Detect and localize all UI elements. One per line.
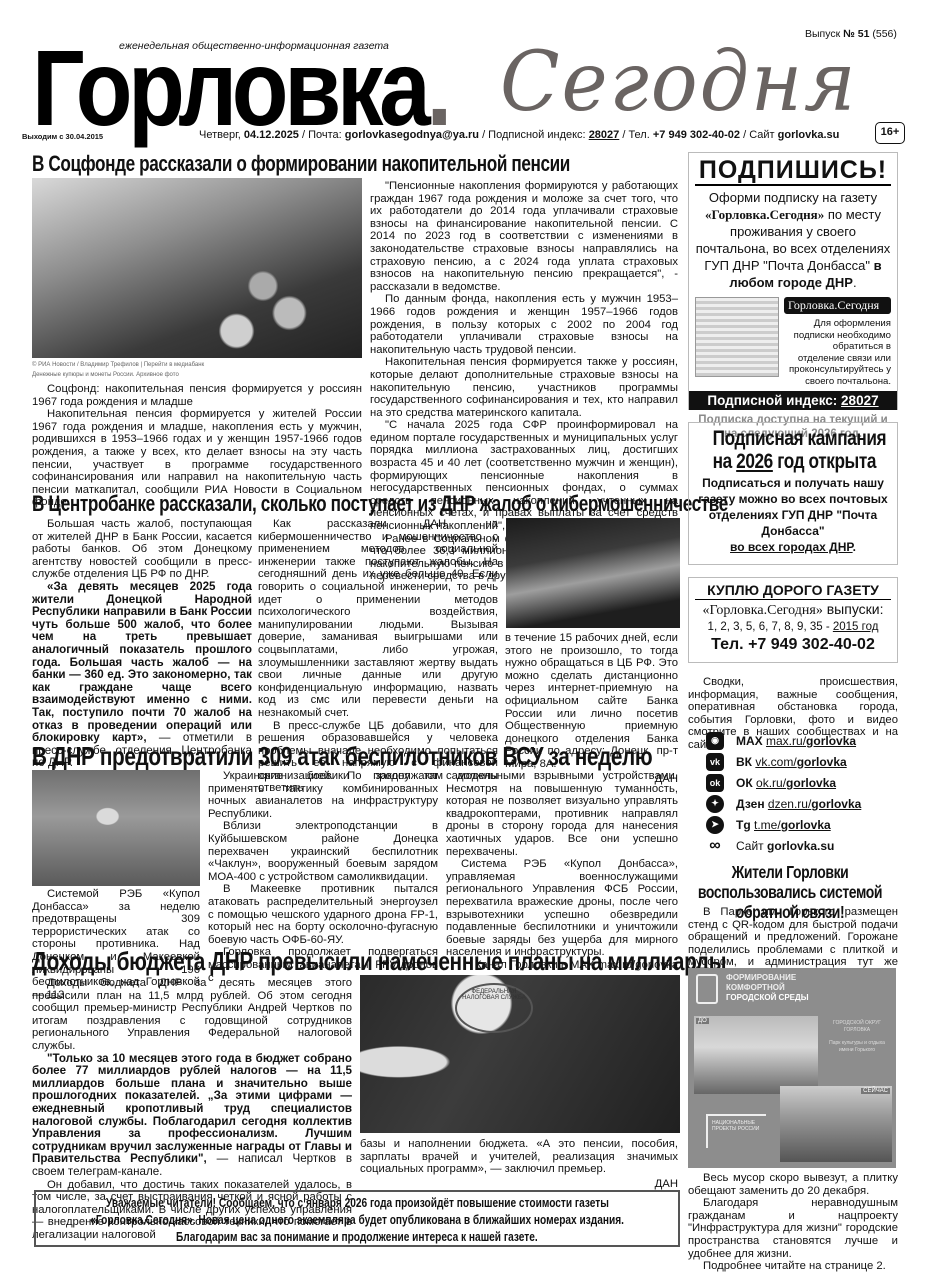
subscribe-title: ПОДПИШИСЬ! (695, 156, 891, 186)
subscribe-note: Для оформления подписки необходимо обрат… (784, 318, 891, 387)
photo-after: СЕЙЧАС (780, 1086, 892, 1162)
article-source: ДАН (360, 1178, 678, 1191)
urban-environment-image: ФОРМИРОВАНИЕ КОМФОРТНОЙ ГОРОДСКОЙ СРЕДЫ … (688, 968, 896, 1168)
social-link-telegram[interactable]: ➤ Tg t.me/gorlovka (706, 814, 896, 835)
social-link-vk[interactable]: vk ВК vk.com/gorlovka (706, 751, 896, 772)
program-logo-icon (696, 974, 718, 1004)
dzen-icon: ✦ (706, 795, 724, 813)
photo-credit: © РИА Новости / Владимир Трефилов | Пере… (32, 360, 362, 380)
photo-tax-service: ФЕДЕРАЛЬНАЯ НАЛОГОВАЯ СЛУЖБА (360, 975, 680, 1133)
article-headline-drones: В ДНР предотвратили 309 атак беспилотник… (32, 742, 652, 770)
article-headline-cbr: В Центробанке рассказали, сколько поступ… (32, 492, 728, 516)
social-link-ok[interactable]: ok ОК ok.ru/gorlovka (706, 772, 896, 793)
social-link-max[interactable]: ◉ MAX max.ru/gorlovka (706, 730, 896, 751)
photo-money (32, 178, 362, 358)
social-link-site[interactable]: ∞ Сайт gorlovka.su (706, 835, 896, 856)
article-body-drones-col3: самодельными взрывными устройствами. Нес… (446, 770, 678, 972)
buy-newspaper-box: КУПЛЮ ДОРОГО ГАЗЕТУ «Горловка.Сегодня» в… (688, 577, 898, 663)
photo-before: ДО (694, 1016, 818, 1094)
telegram-icon: ➤ (706, 816, 724, 834)
masthead-logo-script: Сегодня (500, 38, 858, 128)
feedback-body-2: Весь мусор скоро вывезут, а плитку обеща… (688, 1172, 898, 1273)
social-links-list: ◉ MAX max.ru/gorlovka vk ВК vk.com/gorlo… (706, 730, 896, 856)
newspaper-stack-image (695, 297, 779, 377)
subscribe-text: Оформи подписку на газету «Горловка.Сего… (695, 189, 891, 291)
age-rating-badge: 16+ (875, 122, 905, 144)
price-notice: Уважаемые читатели! Сообщаем, что с янва… (34, 1190, 680, 1247)
photo-drone (32, 770, 200, 886)
masthead-logo: Горловка. (32, 40, 448, 136)
campaign-box: Подписная кампания на 2026 год открыта П… (688, 422, 898, 565)
vk-icon: vk (706, 753, 724, 771)
image-title: ФОРМИРОВАНИЕ КОМФОРТНОЙ ГОРОДСКОЙ СРЕДЫ (726, 973, 809, 1003)
article-body-budget-col2: базы и наполнении бюджета. «А это пенсии… (360, 1138, 678, 1190)
subscription-index-bar: Подписной индекс: 28027 (689, 391, 897, 410)
photo-typing (506, 518, 680, 628)
buy-phone: Тел. +7 949 302-40-02 (695, 635, 891, 655)
masthead-info-line: Четверг, 04.12.2025 / Почта: gorlovkaseg… (199, 129, 839, 141)
since-date: Выходим с 30.04.2015 (22, 132, 103, 141)
campaign-text: Подписаться и получать нашу газету можно… (695, 475, 891, 555)
social-link-dzen[interactable]: ✦ Дзен dzen.ru/gorlovka (706, 793, 896, 814)
paper-badge: Горловка.Сегодня (784, 297, 891, 314)
email-link[interactable]: gorlovkasegodnya@ya.ru (345, 129, 479, 141)
link-icon: ∞ (706, 837, 724, 855)
article-headline-budget: Доходы бюджета ДНР превысили намеченные … (32, 947, 726, 975)
tax-service-emblem: ФЕДЕРАЛЬНАЯ НАЛОГОВАЯ СЛУЖБА (455, 983, 533, 1033)
subscribe-box: ПОДПИШИСЬ! Оформи подписку на газету «Го… (688, 152, 898, 410)
national-projects-badge: НАЦИОНАЛЬНЫЕ ПРОЕКТЫ РОССИИ (706, 1114, 766, 1148)
site-link[interactable]: gorlovka.su (778, 129, 840, 141)
article-headline-pension: В Соцфонде рассказали о формировании нак… (32, 152, 570, 176)
article-body-cbr-col1: Большая часть жалоб, поступающая от жите… (32, 518, 252, 770)
max-icon: ◉ (706, 732, 724, 750)
ok-icon: ok (706, 774, 724, 792)
